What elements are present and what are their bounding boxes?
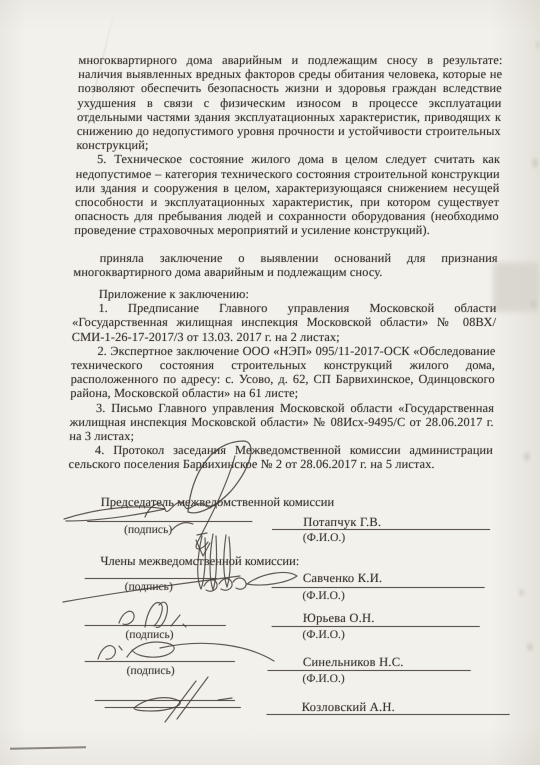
signature-line: [87, 521, 252, 522]
signature-line: [95, 700, 235, 701]
member-name-2: Юрьева О.Н.: [303, 611, 375, 626]
signature-caption: (подпись): [126, 664, 174, 677]
scanned-document-page: многоквартирного дома аварийным и подлеж…: [0, 0, 540, 765]
members-heading: Члены межведомственной комиссии:: [100, 554, 299, 569]
signature-caption: (подпись): [125, 580, 173, 593]
name-caption: (Ф.И.О.): [302, 672, 345, 685]
signature-line: [85, 578, 217, 579]
member-name-4: Козловский А.Н.: [302, 700, 396, 715]
chairman-heading: Председатель межведомственной комиссии: [101, 495, 335, 510]
name-line: [272, 587, 485, 588]
name-line: [268, 670, 471, 671]
name-caption: (Ф.И.О.): [303, 531, 346, 544]
document-content: многоквартирного дома аварийным и подлеж…: [0, 0, 540, 765]
name-line: [272, 626, 480, 627]
signature-caption: (подпись): [125, 628, 173, 641]
name-line: [272, 529, 490, 530]
signature-line: [105, 707, 241, 708]
chairman-name: Потапчук Г.В.: [303, 515, 381, 530]
signature-block: Председатель межведомственной комиссии (…: [0, 0, 540, 765]
member-name-1: Савченко К.И.: [303, 571, 383, 586]
signature-line: [85, 661, 235, 662]
signature-caption: (подпись): [124, 523, 172, 536]
name-caption: (Ф.И.О.): [302, 628, 345, 641]
name-line: [267, 714, 510, 715]
name-caption: (Ф.И.О.): [302, 589, 345, 602]
scan-speck: [527, 643, 533, 651]
member-name-3: Синельников Н.С.: [303, 655, 404, 670]
signature-line: [85, 625, 226, 626]
